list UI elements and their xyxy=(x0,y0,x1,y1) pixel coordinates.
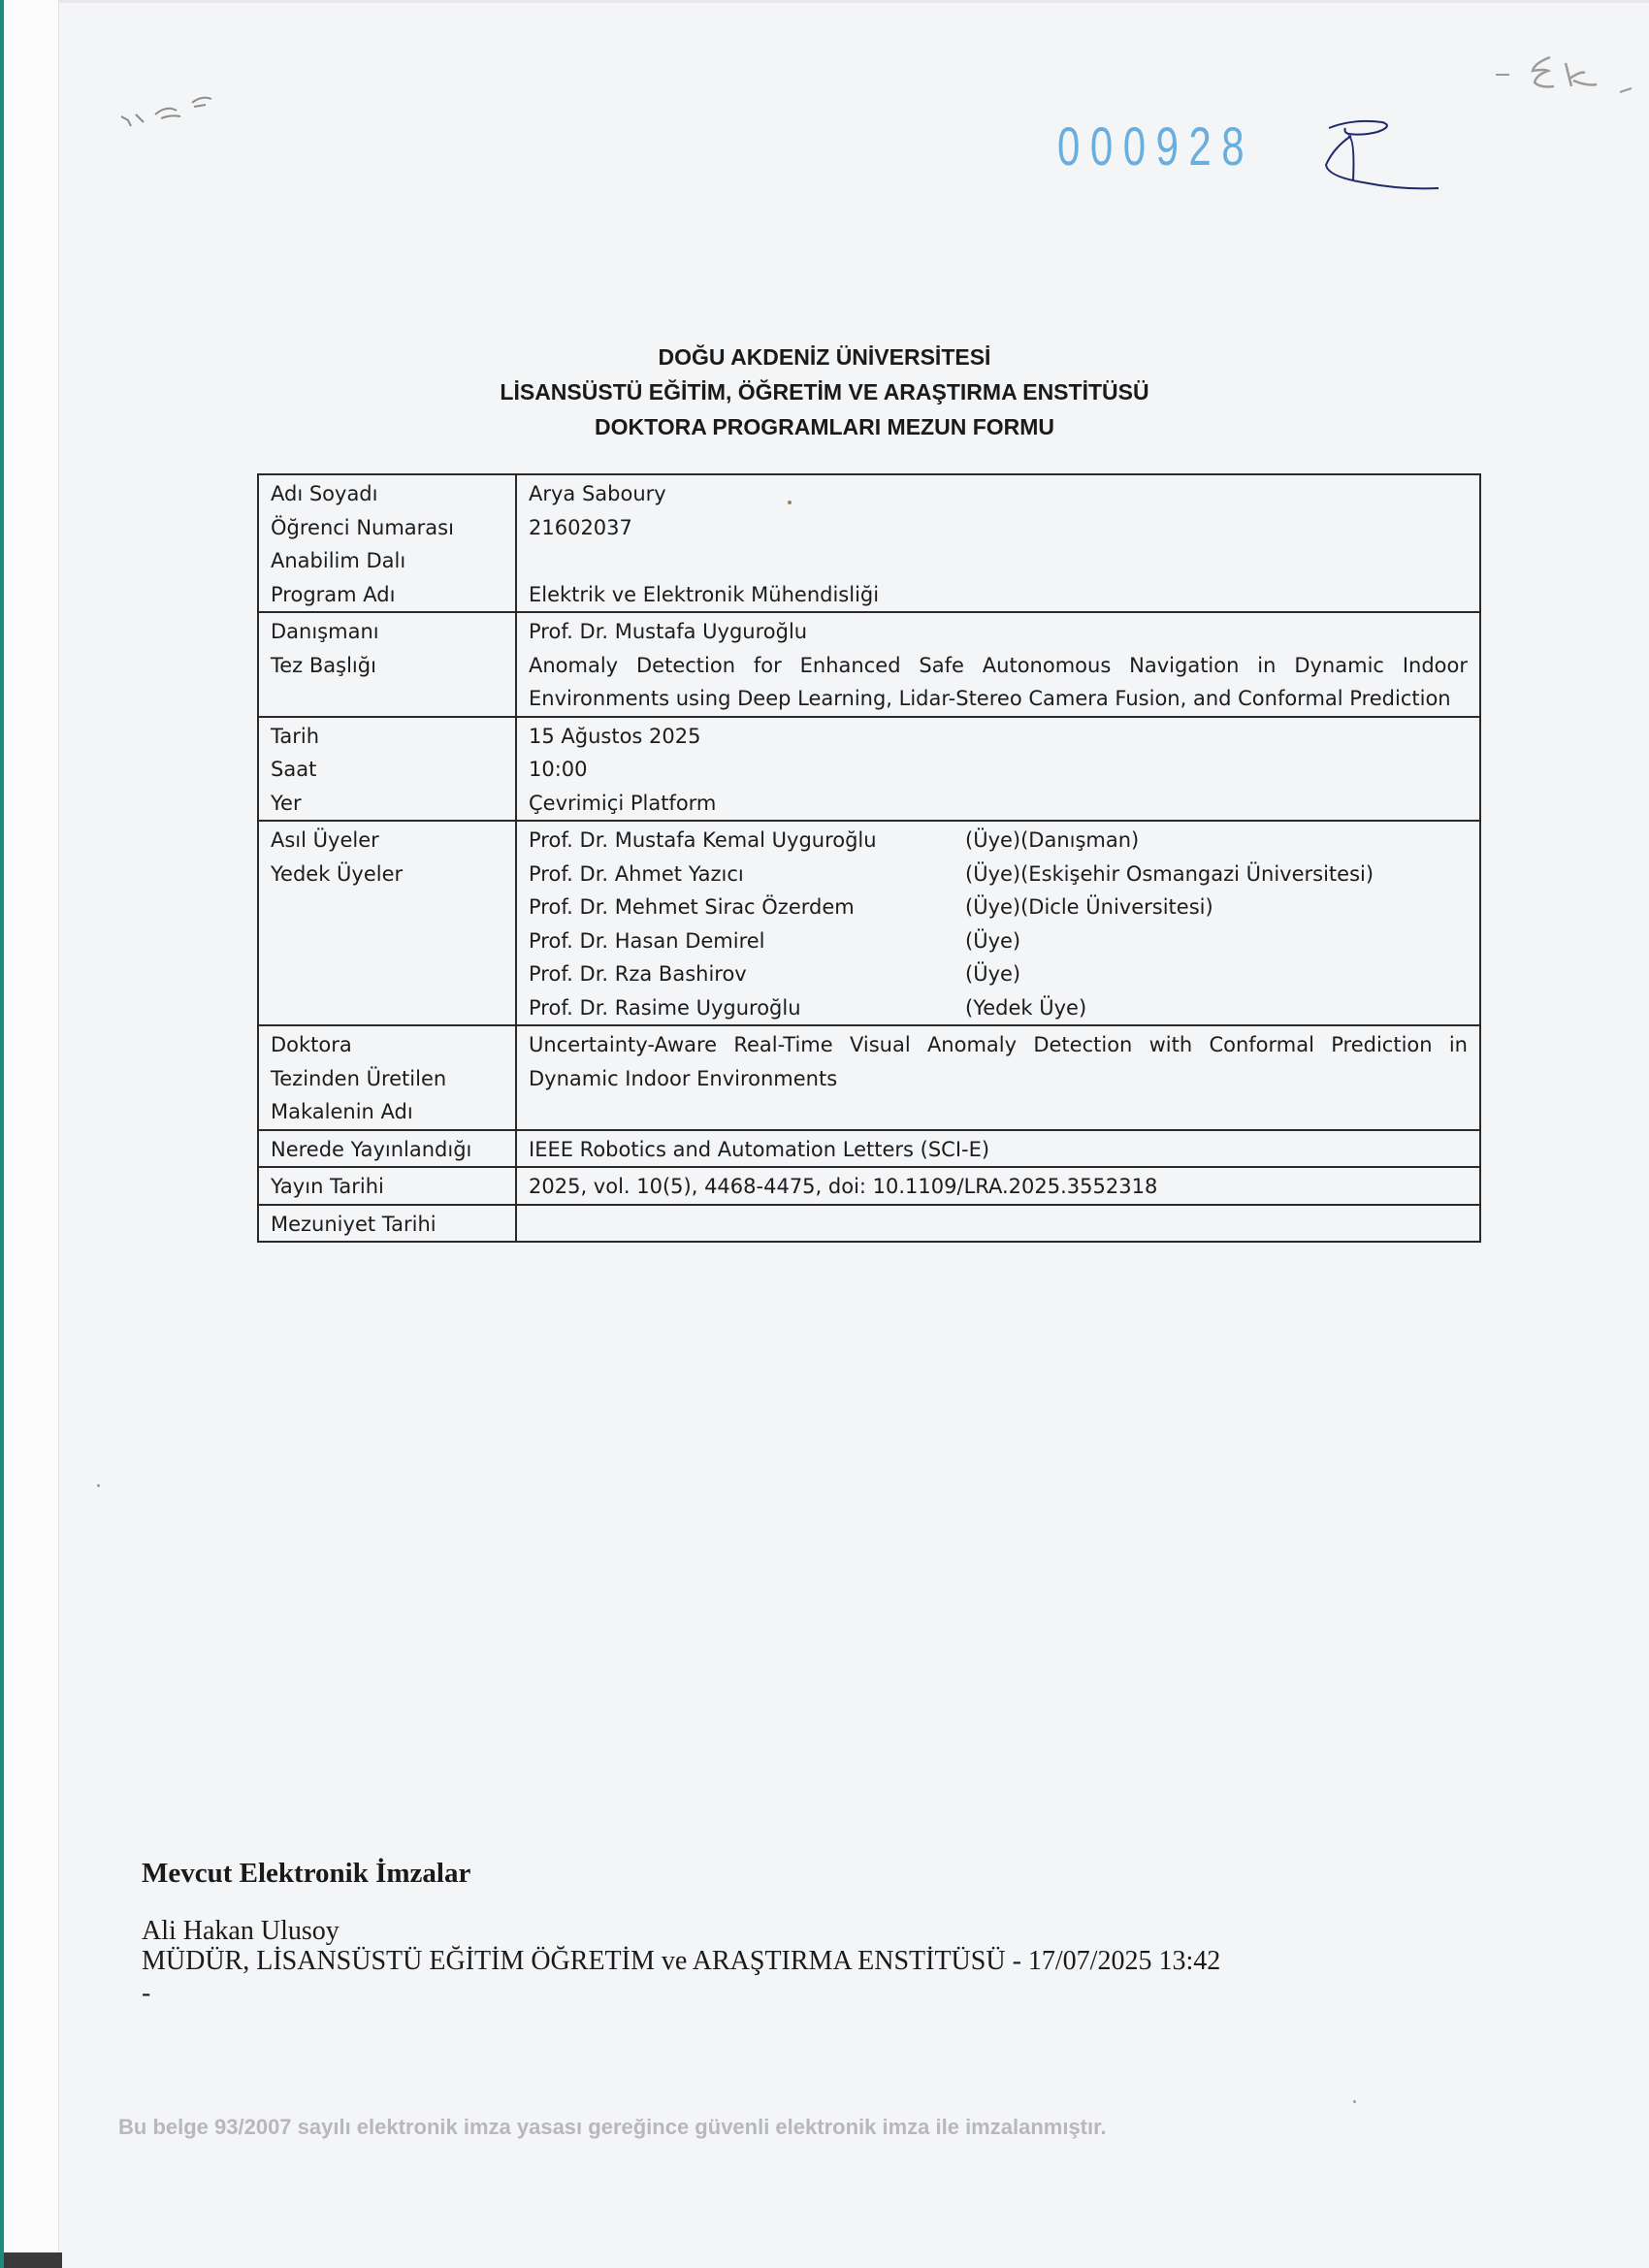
article-values: Uncertainty-Aware Real-Time Visual Anoma… xyxy=(516,1025,1480,1130)
label-published-where: Nerede Yayınlandığı xyxy=(258,1130,516,1168)
table-row-article: Doktora Tezinden Üretilen Makalenin Adı … xyxy=(258,1025,1480,1130)
label-place: Yer xyxy=(271,787,503,821)
label-department: Anabilim Dalı xyxy=(271,544,503,578)
electronic-signatures: Mevcut Elektronik İmzalar Ali Hakan Ulus… xyxy=(142,1858,1220,2010)
form-title: DOKTORA PROGRAMLARI MEZUN FORMU xyxy=(0,409,1649,444)
thesis-title-value: Anomaly Detection for Enhanced Safe Auto… xyxy=(529,649,1468,716)
label-advisor: Danışmanı xyxy=(271,615,503,649)
defense-place: Çevrimiçi Platform xyxy=(529,787,1468,821)
signer-name: Ali Hakan Ulusoy xyxy=(142,1917,1220,1946)
table-row-thesis: Danışmanı Tez Başlığı Prof. Dr. Mustafa … xyxy=(258,612,1480,717)
label-date: Tarih xyxy=(271,720,503,754)
member-role: (Yedek Üye) xyxy=(965,991,1086,1025)
defense-labels: Tarih Saat Yer xyxy=(258,717,516,822)
defense-time: 10:00 xyxy=(529,753,1468,787)
label-graduation-date: Mezuniyet Tarihi xyxy=(258,1205,516,1243)
scan-top-edge xyxy=(0,0,1649,3)
student-number: 21602037 xyxy=(529,511,1468,545)
table-row-graduation-date: Mezuniyet Tarihi xyxy=(258,1205,1480,1243)
defense-values: 15 Ağustos 2025 10:00 Çevrimiçi Platform xyxy=(516,717,1480,822)
label-student-number: Öğrenci Numarası xyxy=(271,511,503,545)
table-row-student: Adı Soyadı Öğrenci Numarası Anabilim Dal… xyxy=(258,474,1480,612)
member-name: Prof. Dr. Rza Bashirov xyxy=(529,957,965,991)
list-item: Prof. Dr. Mustafa Kemal Uyguroğlu (Üye)(… xyxy=(529,824,1468,858)
scan-speck xyxy=(97,1484,100,1487)
table-row-published-date: Yayın Tarihi 2025, vol. 10(5), 4468-4475… xyxy=(258,1167,1480,1205)
signatures-title: Mevcut Elektronik İmzalar xyxy=(142,1858,1220,1890)
member-role: (Üye)(Danışman) xyxy=(965,824,1139,858)
student-labels: Adı Soyadı Öğrenci Numarası Anabilim Dal… xyxy=(258,474,516,612)
label-published-date: Yayın Tarihi xyxy=(258,1167,516,1205)
department-value xyxy=(529,544,1468,578)
scan-bottom-corner xyxy=(4,2252,62,2268)
label-substitute-members: Yedek Üyeler xyxy=(271,858,503,891)
member-name: Prof. Dr. Rasime Uyguroğlu xyxy=(529,991,965,1025)
label-article-1: Doktora xyxy=(271,1028,503,1062)
article-labels: Doktora Tezinden Üretilen Makalenin Adı xyxy=(258,1025,516,1130)
table-row-defense: Tarih Saat Yer 15 Ağustos 2025 10:00 Çev… xyxy=(258,717,1480,822)
advisor-value: Prof. Dr. Mustafa Uyguroğlu xyxy=(529,615,1468,649)
table-row-published-where: Nerede Yayınlandığı IEEE Robotics and Au… xyxy=(258,1130,1480,1168)
list-item: Prof. Dr. Rasime Uyguroğlu (Yedek Üye) xyxy=(529,991,1468,1025)
member-role: (Üye) xyxy=(965,957,1020,991)
label-main-members: Asıl Üyeler xyxy=(271,824,503,858)
label-article-2: Tezinden Üretilen xyxy=(271,1062,503,1096)
scan-speck xyxy=(1353,2100,1356,2103)
jury-labels: Asıl Üyeler Yedek Üyeler xyxy=(258,821,516,1025)
member-name: Prof. Dr. Ahmet Yazıcı xyxy=(529,858,965,891)
signature-trailing-dash: - xyxy=(142,1977,1220,2010)
jury-member-list: Prof. Dr. Mustafa Kemal Uyguroğlu (Üye)(… xyxy=(529,824,1468,1024)
member-role: (Üye) xyxy=(965,924,1020,958)
article-title-value: Uncertainty-Aware Real-Time Visual Anoma… xyxy=(529,1028,1468,1095)
published-date-value: 2025, vol. 10(5), 4468-4475, doi: 10.110… xyxy=(516,1167,1480,1205)
institute-name: LİSANSÜSTÜ EĞİTİM, ÖĞRETİM VE ARAŞTIRMA … xyxy=(0,374,1649,409)
published-where-value: IEEE Robotics and Automation Letters (SC… xyxy=(516,1130,1480,1168)
list-item: Prof. Dr. Rza Bashirov (Üye) xyxy=(529,957,1468,991)
handwritten-initial-signature xyxy=(1324,118,1440,196)
label-thesis-title: Tez Başlığı xyxy=(271,649,503,683)
registry-stamp-number: 000928 xyxy=(1057,114,1254,178)
thesis-labels: Danışmanı Tez Başlığı xyxy=(258,612,516,717)
member-name: Prof. Dr. Mustafa Kemal Uyguroğlu xyxy=(529,824,965,858)
e-signature-legal-note: Bu belge 93/2007 sayılı elektronik imza … xyxy=(118,2115,1107,2140)
member-name: Prof. Dr. Hasan Demirel xyxy=(529,924,965,958)
scan-speck xyxy=(788,501,792,504)
university-name: DOĞU AKDENİZ ÜNİVERSİTESİ xyxy=(0,340,1649,374)
defense-date: 15 Ağustos 2025 xyxy=(529,720,1468,754)
jury-values: Prof. Dr. Mustafa Kemal Uyguroğlu (Üye)(… xyxy=(516,821,1480,1025)
list-item: Prof. Dr. Ahmet Yazıcı (Üye)(Eskişehir O… xyxy=(529,858,1468,891)
student-values: Arya Saboury 21602037 Elektrik ve Elektr… xyxy=(516,474,1480,612)
member-name: Prof. Dr. Mehmet Sirac Özerdem xyxy=(529,891,965,924)
graduate-form-table: Adı Soyadı Öğrenci Numarası Anabilim Dal… xyxy=(257,473,1481,1243)
member-role: (Üye)(Eskişehir Osmangazi Üniversitesi) xyxy=(965,858,1374,891)
list-item: Prof. Dr. Mehmet Sirac Özerdem (Üye)(Dic… xyxy=(529,891,1468,924)
table-row-jury: Asıl Üyeler Yedek Üyeler Prof. Dr. Musta… xyxy=(258,821,1480,1025)
student-name: Arya Saboury xyxy=(529,477,1468,511)
handwritten-ek-annotation xyxy=(1494,53,1639,102)
thesis-values: Prof. Dr. Mustafa Uyguroğlu Anomaly Dete… xyxy=(516,612,1480,717)
form-header: DOĞU AKDENİZ ÜNİVERSİTESİ LİSANSÜSTÜ EĞİ… xyxy=(0,340,1649,444)
list-item: Prof. Dr. Hasan Demirel (Üye) xyxy=(529,924,1468,958)
graduation-date-value xyxy=(516,1205,1480,1243)
label-name: Adı Soyadı xyxy=(271,477,503,511)
label-article-3: Makalenin Adı xyxy=(271,1095,503,1129)
signer-role: MÜDÜR, LİSANSÜSTÜ EĞİTİM ÖĞRETİM ve ARAŞ… xyxy=(142,1946,1220,1977)
member-role: (Üye)(Dicle Üniversitesi) xyxy=(965,891,1213,924)
pencil-scribble xyxy=(116,85,223,134)
program-value: Elektrik ve Elektronik Mühendisliği xyxy=(529,578,1468,612)
label-time: Saat xyxy=(271,753,503,787)
label-program: Program Adı xyxy=(271,578,503,612)
